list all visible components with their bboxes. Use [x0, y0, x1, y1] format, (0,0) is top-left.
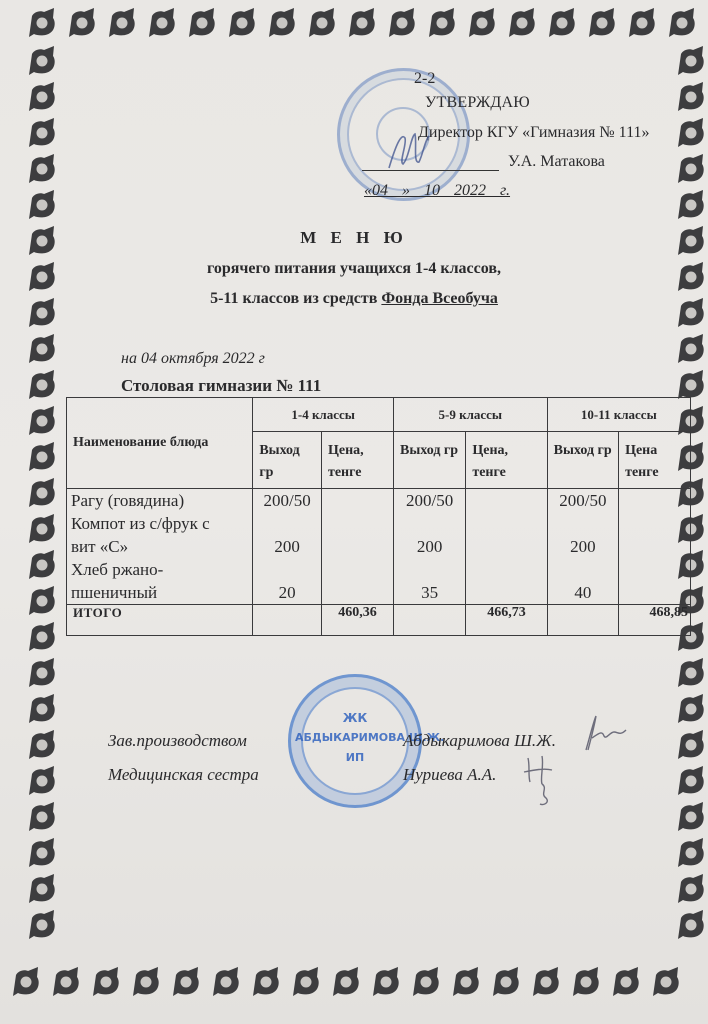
output-value: 35 [394, 581, 465, 604]
ornament-tile [290, 965, 322, 999]
approval-position: Директор КГУ «Гимназия № 111» [418, 124, 649, 142]
output-cell-5-9: 200/50 200 35 [393, 489, 465, 605]
dish-name: Рагу (говядина) [71, 489, 252, 512]
ornament-tile [675, 692, 707, 726]
total-empty-cell [253, 605, 322, 636]
ornament-tile [675, 836, 707, 870]
ornament-tile [490, 965, 522, 999]
stamp-middle-text: АБДЫКАРИМОВА Ш.Ж. [295, 731, 419, 744]
production-signature [580, 710, 630, 754]
ornament-tile [250, 965, 282, 999]
total-price-1-4: 460,36 [321, 605, 393, 636]
canteen-name: Столовая гимназии № 111 [121, 376, 321, 396]
ornament-tile [570, 965, 602, 999]
column-header-price: Цена, тенге [321, 432, 393, 489]
column-header-price: Цена, тенге [466, 432, 547, 489]
ornament-tile [170, 965, 202, 999]
output-value: 20 [253, 581, 321, 604]
ornament-tile [346, 6, 378, 40]
ornament-tile [626, 6, 658, 40]
output-value: 200 [394, 535, 465, 558]
output-cell-10-11: 200/50 200 40 [547, 489, 618, 605]
ornament-tile [130, 965, 162, 999]
output-value: 200/50 [253, 489, 321, 512]
dish-name: Хлеб ржано- [71, 558, 252, 581]
output-value: 200 [548, 535, 618, 558]
ornament-tile [675, 656, 707, 690]
ornament-tile [186, 6, 218, 40]
ornament-tile [675, 908, 707, 942]
ornament-tile [675, 872, 707, 906]
ornament-tile [330, 965, 362, 999]
table-row-dishes: Рагу (говядина) Компот из с/фрук с вит «… [67, 489, 691, 605]
director-signature [385, 128, 435, 172]
ornament-tile [450, 965, 482, 999]
ornament-tile [26, 6, 58, 40]
signatory-role-nurse: Медицинская сестра [108, 765, 259, 785]
approval-name: У.А. Матакова [508, 153, 605, 171]
approval-title: УТВЕРЖДАЮ [425, 94, 530, 112]
table-row-total: ИТОГО 460,36 466,73 468,85 [67, 605, 691, 636]
official-stamp-bottom: ЖК АБДЫКАРИМОВА Ш.Ж. ИП [288, 674, 422, 808]
total-label: ИТОГО [67, 605, 253, 636]
menu-table: Наименование блюда 1-4 классы 5-9 классы… [66, 397, 691, 636]
column-group-5-9: 5-9 классы [393, 398, 547, 432]
signatory-name-nurse: Нуриева А.А. [403, 765, 496, 785]
ornament-tile [410, 965, 442, 999]
ornament-tile [26, 440, 58, 474]
stamp-top-text: ЖК [291, 711, 419, 725]
total-price-10-11: 468,85 [619, 605, 691, 636]
column-group-10-11: 10-11 классы [547, 398, 690, 432]
ornament-tile [266, 6, 298, 40]
ornament-tile [530, 965, 562, 999]
ornament-tile [675, 800, 707, 834]
ornament-tile [675, 332, 707, 366]
nurse-signature [520, 752, 560, 808]
output-cell-1-4: 200/50 200 20 [253, 489, 322, 605]
ornament-tile [26, 152, 58, 186]
ornament-tile [26, 188, 58, 222]
page-number: 2-2 [414, 70, 435, 88]
output-value: 200/50 [394, 489, 465, 512]
dish-names-cell: Рагу (говядина) Компот из с/фрук с вит «… [67, 489, 253, 605]
ornament-tile [26, 836, 58, 870]
ornament-tile [26, 404, 58, 438]
table-header-row-groups: Наименование блюда 1-4 классы 5-9 классы… [67, 398, 691, 432]
stamp-bottom-text: ИП [291, 751, 419, 764]
ornament-tile [26, 764, 58, 798]
ornament-tile [26, 476, 58, 510]
ornament-tile [146, 6, 178, 40]
column-header-dish-name: Наименование блюда [67, 398, 253, 489]
ornament-tile [370, 965, 402, 999]
output-value: 40 [548, 581, 618, 604]
signatory-role-production: Зав.производством [108, 731, 247, 751]
ornament-tile [26, 80, 58, 114]
ornament-tile [66, 6, 98, 40]
ornament-tile [26, 332, 58, 366]
total-price-5-9: 466,73 [466, 605, 547, 636]
ornament-tile [50, 965, 82, 999]
ornament-tile [26, 512, 58, 546]
dish-name: вит «С» [71, 535, 252, 558]
output-value: 200 [253, 535, 321, 558]
subtitle-prefix: 5-11 классов из средств [210, 290, 381, 307]
dish-name: Компот из с/фрук с [71, 512, 252, 535]
ornament-tile [466, 6, 498, 40]
ornament-tile [666, 6, 698, 40]
ornament-tile [26, 44, 58, 78]
ornament-tile [506, 6, 538, 40]
ornament-tile [546, 6, 578, 40]
ornament-tile [26, 692, 58, 726]
total-empty-cell [393, 605, 465, 636]
ornament-tile [386, 6, 418, 40]
ornament-tile [675, 80, 707, 114]
ornament-tile [675, 44, 707, 78]
price-cell-5-9 [466, 489, 547, 605]
ornament-tile [10, 965, 42, 999]
ornament-tile [210, 965, 242, 999]
ornament-tile [26, 800, 58, 834]
ornament-tile [675, 728, 707, 762]
column-group-1-4: 1-4 классы [253, 398, 394, 432]
ornament-tile [675, 152, 707, 186]
price-cell-1-4 [321, 489, 393, 605]
ornament-tile [106, 6, 138, 40]
document-page: 2-2 УТВЕРЖДАЮ Директор КГУ «Гимназия № 1… [0, 0, 708, 1024]
ornament-tile [26, 548, 58, 582]
price-cell-10-11 [619, 489, 691, 605]
ornament-tile [26, 620, 58, 654]
ornament-tile [26, 728, 58, 762]
ornament-tile [650, 965, 682, 999]
column-header-output: Выход гр [547, 432, 618, 489]
ornament-tile [675, 188, 707, 222]
approval-date: «04 » 10 2022 г. [364, 182, 510, 200]
signatory-name-production: Абдыкаримова Ш.Ж. [403, 731, 556, 751]
ornament-tile [226, 6, 258, 40]
ornament-tile [90, 965, 122, 999]
fund-name: Фонда Всеобуча [381, 290, 498, 307]
menu-date: на 04 октября 2022 г [121, 350, 265, 368]
ornament-tile [26, 908, 58, 942]
menu-title: М Е Н Ю [0, 228, 708, 248]
ornament-tile [26, 116, 58, 150]
menu-subtitle-line1: горячего питания учащихся 1-4 классов, [0, 260, 708, 278]
ornament-tile [26, 656, 58, 690]
ornament-tile [306, 6, 338, 40]
ornament-tile [426, 6, 458, 40]
ornament-tile [675, 116, 707, 150]
total-empty-cell [547, 605, 618, 636]
ornament-tile [610, 965, 642, 999]
ornament-tile [26, 584, 58, 618]
column-header-price: Цена тенге [619, 432, 691, 489]
output-value: 200/50 [548, 489, 618, 512]
ornament-tile [586, 6, 618, 40]
ornament-tile [26, 368, 58, 402]
ornament-tile [26, 872, 58, 906]
ornament-tile [675, 764, 707, 798]
column-header-output: Выход гр [393, 432, 465, 489]
column-header-output: Выход гр [253, 432, 322, 489]
dish-name: пшеничный [71, 581, 252, 604]
menu-subtitle-line2: 5-11 классов из средств Фонда Всеобуча [0, 290, 708, 308]
